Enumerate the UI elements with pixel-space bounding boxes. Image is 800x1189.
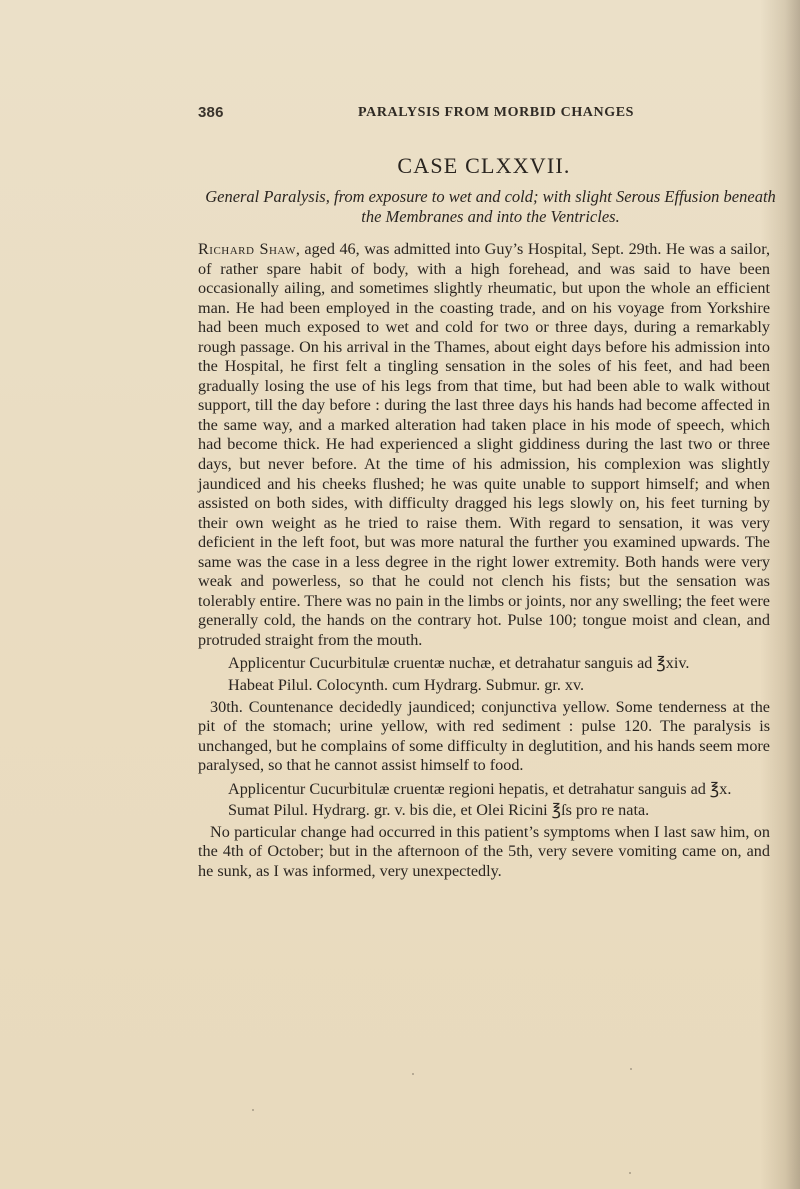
book-page: 386 PARALYSIS FROM MORBID CHANGES CASE C…	[0, 0, 800, 1189]
paragraph-30th: 30th. Countenance decidedly jaundiced; c…	[198, 698, 770, 776]
paragraph-outcome: No particular change had occurred in thi…	[198, 823, 770, 882]
prescription-line: Habeat Pilul. Colocynth. cum Hydrarg. Su…	[198, 676, 770, 696]
prescription-line: Applicentur Cucurbitulæ cruentæ nuchæ, e…	[198, 654, 770, 674]
prescription-line: Applicentur Cucurbitulæ cruentæ regioni …	[198, 780, 770, 800]
paper-speck	[630, 1068, 632, 1070]
running-title: PARALYSIS FROM MORBID CHANGES	[358, 105, 634, 121]
paragraph-admission: Richard Shaw, aged 46, was admitted into…	[198, 240, 770, 650]
prescription-line: Sumat Pilul. Hydrarg. gr. v. bis die, et…	[198, 801, 770, 821]
paper-speck	[252, 1109, 254, 1111]
paragraph-admission-text: , aged 46, was admitted into Guy’s Hospi…	[198, 240, 770, 649]
running-head: 386 PARALYSIS FROM MORBID CHANGES	[198, 104, 770, 124]
paper-speck	[412, 1073, 414, 1075]
page-number: 386	[198, 104, 224, 121]
case-body: Richard Shaw, aged 46, was admitted into…	[198, 240, 770, 882]
patient-name: Richard Shaw	[198, 240, 296, 258]
paper-speck	[629, 1172, 631, 1174]
case-subtitle: General Paralysis, from exposure to wet …	[198, 187, 783, 227]
case-title: CASE CLXXVII.	[198, 153, 770, 179]
